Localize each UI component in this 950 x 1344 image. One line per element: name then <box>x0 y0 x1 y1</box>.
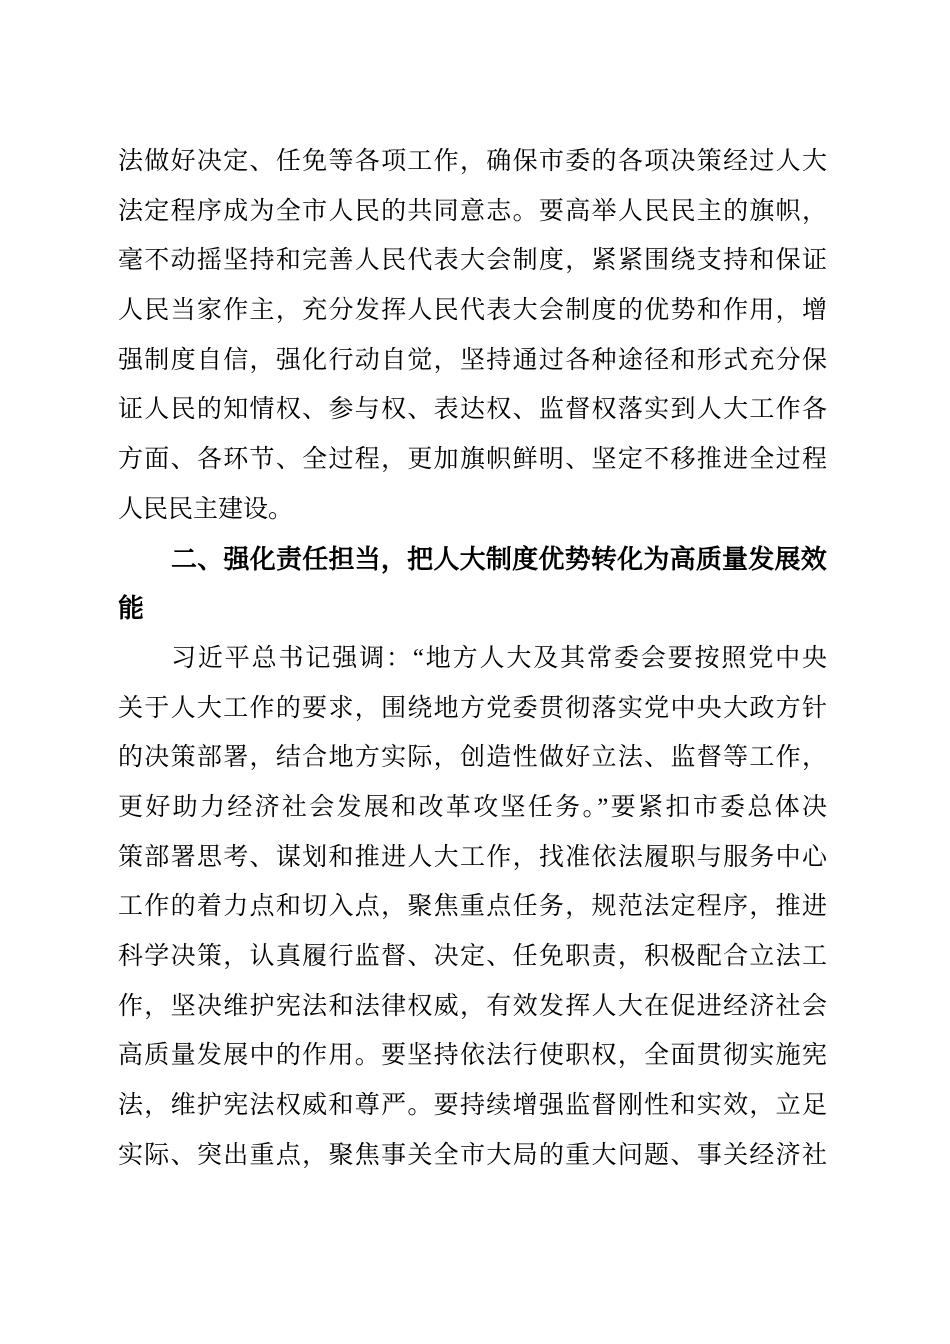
body-line: 法，维护宪法权威和尊严。要持续增强监督刚性和实效，立足 <box>118 1081 827 1131</box>
body-line: 毫不动摇坚持和完善人民代表大会制度，紧紧围绕支持和保证 <box>118 236 827 286</box>
body-line: 实际、突出重点，聚焦事关全市大局的重大问题、事关经济社 <box>118 1131 827 1181</box>
document-page: 法做好决定、任免等各项工作，确保市委的各项决策经过人大 法定程序成为全市人民的共… <box>0 0 950 1344</box>
body-line: 人民当家作主，充分发挥人民代表大会制度的优势和作用，增 <box>118 286 827 336</box>
section-heading-line: 二、强化责任担当，把人大制度优势转化为高质量发展效 <box>118 535 827 585</box>
body-line: 工作的着力点和切入点，聚焦重点任务，规范法定程序，推进 <box>118 882 827 932</box>
body-line: 科学决策，认真履行监督、决定、任免职责，积极配合立法工 <box>118 932 827 982</box>
text-block: 法做好决定、任免等各项工作，确保市委的各项决策经过人大 法定程序成为全市人民的共… <box>118 137 827 1180</box>
body-line: 更好助力经济社会发展和改革攻坚任务。”要紧扣市委总体决 <box>118 783 827 833</box>
body-line: 法定程序成为全市人民的共同意志。要高举人民民主的旗帜， <box>118 187 827 237</box>
body-line: 关于人大工作的要求，围绕地方党委贯彻落实党中央大政方针 <box>118 684 827 734</box>
body-line: 法做好决定、任免等各项工作，确保市委的各项决策经过人大 <box>118 137 827 187</box>
body-line: 策部署思考、谋划和推进人大工作，找准依法履职与服务中心 <box>118 833 827 883</box>
section-heading-line: 能 <box>118 584 827 634</box>
body-line: 强制度自信，强化行动自觉，坚持通过各种途径和形式充分保 <box>118 336 827 386</box>
body-line: 的决策部署，结合地方实际，创造性做好立法、监督等工作， <box>118 733 827 783</box>
body-line: 方面、各环节、全过程，更加旗帜鲜明、坚定不移推进全过程 <box>118 435 827 485</box>
body-line: 习近平总书记强调：“地方人大及其常委会要按照党中央 <box>118 634 827 684</box>
body-line: 作，坚决维护宪法和法律权威，有效发挥人大在促进经济社会 <box>118 982 827 1032</box>
body-line: 高质量发展中的作用。要坚持依法行使职权，全面贯彻实施宪 <box>118 1031 827 1081</box>
body-line: 人民民主建设。 <box>118 485 827 535</box>
body-line: 证人民的知情权、参与权、表达权、监督权落实到人大工作各 <box>118 385 827 435</box>
